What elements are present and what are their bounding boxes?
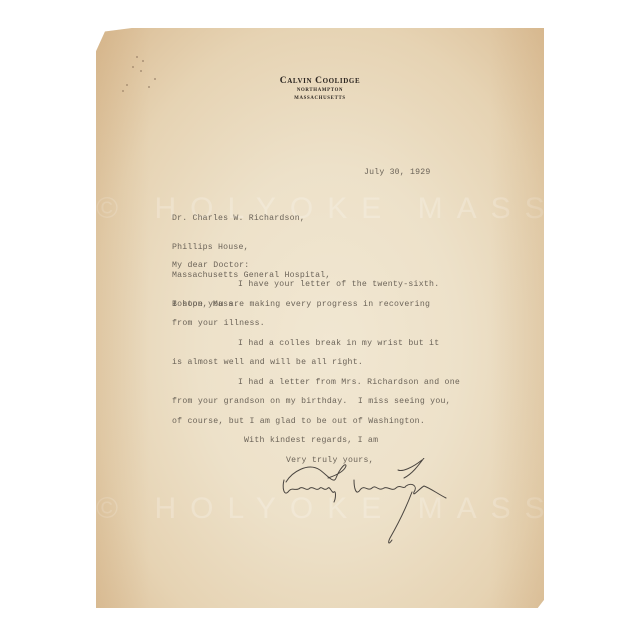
- body-line: from your illness.: [172, 319, 265, 328]
- recipient-line: Dr. Charles W. Richardson,: [172, 214, 331, 224]
- letterhead-city: NORTHAMPTON: [96, 88, 544, 94]
- letterhead-state: MASSACHUSETTS: [96, 96, 544, 102]
- body-line: I had a colles break in my wrist but it: [238, 339, 439, 348]
- body-line: I have your letter of the twenty-sixth.: [238, 280, 439, 289]
- body-line: from your grandson on my birthday. I mis…: [172, 397, 451, 406]
- letterhead: Calvin Coolidge NORTHAMPTON MASSACHUSETT…: [96, 76, 544, 102]
- body-line: I had a letter from Mrs. Richardson and …: [238, 378, 460, 387]
- body-line: of course, but I am glad to be out of Wa…: [172, 417, 425, 426]
- body-line: I hope you are making every progress in …: [172, 300, 430, 309]
- body-line: is almost well and will be all right.: [172, 358, 363, 367]
- letterhead-name: Calvin Coolidge: [96, 76, 544, 86]
- body-line: With kindest regards, I am: [244, 436, 378, 445]
- salutation: My dear Doctor:: [172, 261, 249, 270]
- letter-paper: © HOLYOKE MASS 19 © HOLYOKE MASS 19 Calv…: [96, 28, 544, 608]
- letter-date: July 30, 1929: [364, 168, 430, 178]
- signature: [262, 458, 482, 558]
- recipient-line: Phillips House,: [172, 243, 331, 253]
